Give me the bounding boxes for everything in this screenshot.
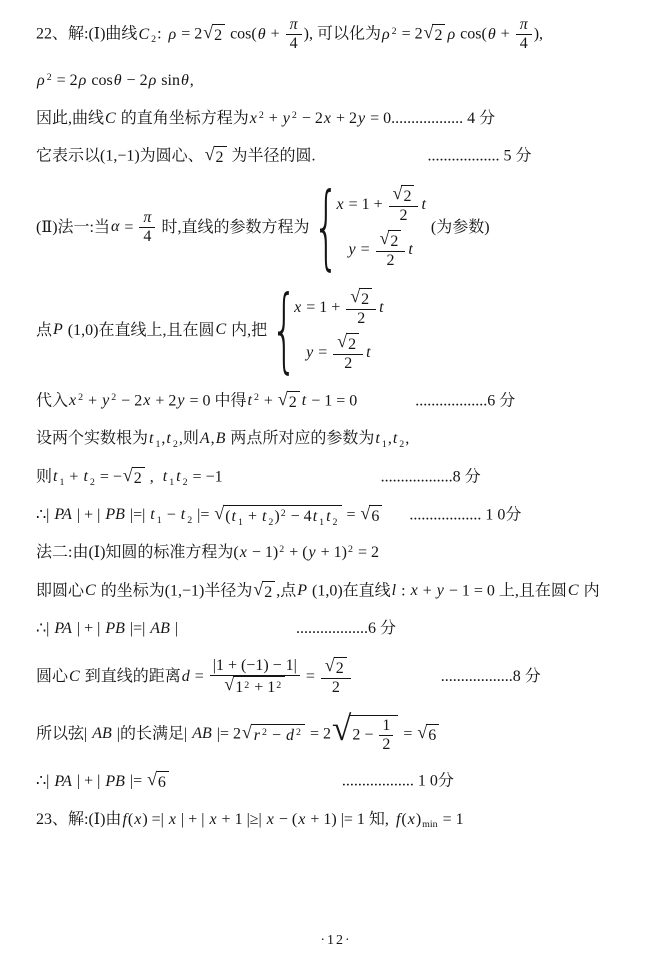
superscript: 2 xyxy=(347,544,354,555)
text: ) =| xyxy=(142,811,168,828)
fraction: π4 xyxy=(139,209,155,247)
math-variable: x xyxy=(407,811,416,828)
text: − ( xyxy=(275,811,297,828)
square-root: √12 + 12 xyxy=(224,676,285,697)
text: − xyxy=(268,727,285,744)
radicand: 2 xyxy=(287,391,300,412)
denominator: 4 xyxy=(287,35,301,53)
numerator: √2 xyxy=(389,185,419,207)
subscript: 1 xyxy=(381,439,388,450)
text: + 1 |≥| xyxy=(218,811,266,828)
text: 6 xyxy=(371,508,379,525)
fraction: 12 xyxy=(379,717,393,755)
text: 23、解:(Ⅰ)由 xyxy=(36,811,121,828)
text: = xyxy=(314,344,331,361)
spacer xyxy=(316,160,428,161)
solution-content: 22、解:(Ⅰ)曲线C2:ρ = 2√2 cos(θ + π4),可以化为ρ2 … xyxy=(36,16,654,847)
spacer xyxy=(170,785,342,786)
text: |=| xyxy=(126,506,149,523)
radicand: 2 xyxy=(214,146,227,167)
math-variable: x xyxy=(68,392,77,409)
text: 2 xyxy=(264,584,272,601)
subscript: 1 xyxy=(318,517,325,528)
text: = xyxy=(399,725,416,742)
math-variable: t xyxy=(365,344,371,361)
text: (Ⅱ)法一:当 xyxy=(36,218,110,235)
numerator: π xyxy=(516,16,532,35)
text: + xyxy=(267,26,284,43)
text: 2 − xyxy=(352,726,377,743)
math-variable: ρ xyxy=(148,72,158,89)
text: cos xyxy=(87,72,112,89)
text: |= xyxy=(193,506,213,523)
cases-group: {x = 1 + √22ty = √22t xyxy=(271,288,384,374)
text: , xyxy=(146,468,154,485)
text: = 0 中得 xyxy=(185,392,246,409)
text: (1,0)在直线上,且在圆 xyxy=(64,321,215,338)
numerator: |1 + (−1) − 1| xyxy=(210,657,300,676)
text: = 2 xyxy=(177,26,202,43)
radical-icon: √ xyxy=(332,715,351,744)
math-variable: C xyxy=(214,321,227,338)
subscript: 2 xyxy=(186,515,193,526)
line-pa-pb-method2-result: ∴| PA | + | PB |= √6.................. 1… xyxy=(36,771,654,792)
text: .................. 1 0分 xyxy=(409,506,521,523)
text: ∴| xyxy=(36,506,53,523)
subscript: 2 xyxy=(267,517,274,528)
text: ,点 xyxy=(276,582,296,599)
text: cos( xyxy=(226,26,257,43)
line-center-radius-line: 即圆心C 的坐标为(1,−1)半径为√2,点P (1,0)在直线l : x + … xyxy=(36,581,654,602)
subscript: 1 xyxy=(154,439,161,450)
math-variable: t xyxy=(407,241,413,258)
square-root: √2 xyxy=(205,146,227,167)
radicand: 2 xyxy=(432,24,445,45)
text: |= 2 xyxy=(213,725,241,742)
text: 则 xyxy=(36,468,52,485)
math-variable: π xyxy=(289,16,299,33)
math-variable: C xyxy=(567,582,580,599)
line-point-p-substitution: 点P (1,0)在直线上,且在圆C 内,把{x = 1 + √22ty = √2… xyxy=(36,288,654,374)
text: 2 xyxy=(134,470,142,487)
radicand: 6 xyxy=(156,771,169,792)
radicand: 2 xyxy=(334,657,347,678)
text: .................. 4 分 xyxy=(391,110,495,127)
square-root: √2 − 12 xyxy=(332,715,398,755)
square-root: √2 xyxy=(253,581,275,602)
text: + xyxy=(84,392,101,409)
math-variable: x xyxy=(142,392,151,409)
text: 2 xyxy=(214,27,222,44)
math-variable: θ xyxy=(257,26,267,43)
square-root: √2 xyxy=(278,391,300,412)
cases-group: {x = 1 + √22ty = √22t xyxy=(313,185,426,271)
square-root: √2 xyxy=(325,657,347,678)
text: 2 xyxy=(357,310,365,327)
math-variable: C xyxy=(137,26,150,43)
text: 4 xyxy=(143,228,151,245)
text: 内,把 xyxy=(227,321,267,338)
fraction: π4 xyxy=(516,16,532,54)
text: (为参数) xyxy=(431,218,490,235)
spacer xyxy=(353,680,441,681)
text: 2 xyxy=(289,394,297,411)
math-variable: t xyxy=(325,508,331,525)
cases-rows: x = 1 + √22ty = √22t xyxy=(293,288,384,374)
text: ∴| xyxy=(36,773,53,790)
line-circle-description: 它表示以(1,−1)为圆心、√2 为半径的圆..................… xyxy=(36,146,654,167)
math-variable: d xyxy=(285,727,295,744)
text: ) xyxy=(274,508,279,525)
text: = 0 xyxy=(366,110,391,127)
math-variable: y xyxy=(308,544,317,561)
line-method1-parametric: (Ⅱ)法一:当α = π4 时,直线的参数方程为{x = 1 + √22ty =… xyxy=(36,185,654,271)
text: 2 xyxy=(400,207,408,224)
math-variable: ρ xyxy=(446,26,456,43)
text: + xyxy=(260,392,277,409)
math-variable: θ xyxy=(180,72,190,89)
math-variable: PB xyxy=(104,620,126,637)
text: = 1 xyxy=(439,811,464,828)
radicand: 2 xyxy=(212,24,225,45)
text: = − xyxy=(96,468,122,485)
subscript: 2 xyxy=(89,477,96,488)
text: 22、解:(Ⅰ)曲线 xyxy=(36,26,137,43)
math-variable: x xyxy=(208,811,217,828)
text: = 2 xyxy=(53,72,78,89)
text: 的直角坐标方程为 xyxy=(117,110,249,127)
subscript: 1 xyxy=(168,477,175,488)
text: 2 xyxy=(332,679,340,696)
math-variable: y xyxy=(305,344,314,361)
math-variable: B xyxy=(215,430,227,447)
text: ..................8 分 xyxy=(381,468,481,485)
spacer xyxy=(178,632,296,633)
text: | + | xyxy=(177,811,208,828)
radicand: 2 − 12 xyxy=(350,715,398,755)
square-root: √6 xyxy=(361,505,383,526)
math-variable: α xyxy=(110,218,120,235)
math-variable: d xyxy=(181,668,191,685)
superscript: 2 xyxy=(278,544,285,555)
radicand: 2 xyxy=(401,185,414,206)
math-variable: θ xyxy=(113,72,123,89)
text: + 1 xyxy=(250,679,275,696)
denominator: 2 xyxy=(384,252,398,270)
text: = −1 xyxy=(189,468,223,485)
fraction: √22 xyxy=(333,333,363,374)
text: ,则 xyxy=(179,430,199,447)
text: = xyxy=(357,241,374,258)
text: 2 xyxy=(361,291,369,308)
page-number: ·12· xyxy=(0,933,672,949)
case-row: x = 1 + √22t xyxy=(335,185,426,226)
text: ( xyxy=(225,508,230,525)
fraction: √22 xyxy=(346,288,376,329)
square-root: √(t1 + t2)2 − 4t1t2 xyxy=(214,505,341,526)
text: 两点所对应的参数为 xyxy=(226,430,374,447)
denominator: 2 xyxy=(354,310,368,328)
spacer xyxy=(357,404,415,405)
math-variable: t xyxy=(149,506,155,523)
spacer xyxy=(383,518,409,519)
math-variable: AB xyxy=(191,725,213,742)
superscript: 2 xyxy=(110,392,117,403)
text: |=| xyxy=(126,620,149,637)
superscript: 2 xyxy=(258,110,265,121)
math-variable: PA xyxy=(53,620,72,637)
math-variable: P xyxy=(296,582,308,599)
math-variable: ρ xyxy=(168,26,178,43)
subscript: 1 xyxy=(156,515,163,526)
left-brace-icon: { xyxy=(271,288,282,373)
line-pa-pb-equals-ab: ∴| PA | + | PB |=| AB |.................… xyxy=(36,619,654,640)
numerator: √2 xyxy=(346,288,376,310)
line-vieta-formulas: 则t1 + t2 = −√2 ,t1t2 = −1...............… xyxy=(36,467,654,488)
text: − 2 xyxy=(123,72,148,89)
text: 时,直线的参数方程为 xyxy=(157,218,309,235)
text: + ( xyxy=(285,544,307,561)
math-variable: t xyxy=(246,392,252,409)
superscript: 2 xyxy=(261,727,268,738)
text: 的坐标为(1,−1)半径为 xyxy=(97,582,253,599)
math-variable: x xyxy=(133,811,142,828)
square-root: √2 xyxy=(380,230,402,251)
text: 内 xyxy=(580,582,600,599)
left-brace-icon: { xyxy=(313,185,324,270)
superscript: 2 xyxy=(46,72,53,83)
math-variable: t xyxy=(374,430,380,447)
text: | + | xyxy=(73,773,104,790)
math-variable: ρ xyxy=(78,72,88,89)
text: 2 xyxy=(434,27,442,44)
square-root: √2 xyxy=(123,467,145,488)
math-variable: t xyxy=(378,299,384,316)
text: 1 xyxy=(382,717,390,734)
text: = 1 + xyxy=(345,196,387,213)
text: : xyxy=(157,26,161,43)
text: = 2 xyxy=(354,544,379,561)
subscript: 1 xyxy=(58,477,65,488)
math-variable: x xyxy=(249,110,258,127)
line-chord-length: 所以弦| AB |的长满足| AB |= 2√r2 − d2 = 2√2 − 1… xyxy=(36,715,654,755)
radicand: 2 xyxy=(346,333,359,354)
text: cos( xyxy=(456,26,487,43)
subscript: min xyxy=(421,819,438,830)
line-pa-pb-method1-result: ∴| PA | + | PB |=| t1 − t2 |= √(t1 + t2)… xyxy=(36,505,654,526)
text: 2 xyxy=(403,188,411,205)
math-variable: AB xyxy=(91,725,113,742)
spacer xyxy=(154,480,162,481)
line-23-part1: 23、解:(Ⅰ)由f(x) =| x | + | x + 1 |≥| x − (… xyxy=(36,810,654,831)
numerator: π xyxy=(139,209,155,228)
text: = 2 xyxy=(306,725,331,742)
denominator: 4 xyxy=(140,228,154,246)
text: 设两个实数根为 xyxy=(36,430,148,447)
square-root: √2 xyxy=(424,24,446,45)
radicand: 6 xyxy=(426,724,439,745)
math-variable: x xyxy=(239,544,248,561)
text: + xyxy=(244,508,261,525)
math-variable: y xyxy=(436,582,445,599)
text: 2 xyxy=(390,233,398,250)
text: + xyxy=(265,110,282,127)
math-variable: A xyxy=(199,430,211,447)
numerator: √2 xyxy=(376,230,406,252)
text: ..................6 分 xyxy=(296,620,396,637)
text: + xyxy=(65,468,82,485)
text: .................. 1 0分 xyxy=(342,773,454,790)
text: sin xyxy=(157,72,180,89)
math-variable: t xyxy=(420,196,426,213)
denominator: 2 xyxy=(397,207,411,225)
superscript: 2 xyxy=(280,508,287,519)
text: | + | xyxy=(73,506,104,523)
line-method2-standard-form: 法二:由(Ⅰ)知圆的标准方程为(x − 1)2 + (y + 1)2 = 2 xyxy=(36,543,654,564)
text: − 4 xyxy=(287,508,312,525)
text: = xyxy=(343,506,360,523)
fraction: √22 xyxy=(321,657,351,698)
text: ∴| xyxy=(36,620,53,637)
text: + 1) |= 1 知, xyxy=(306,811,389,828)
math-variable: P xyxy=(52,321,64,338)
superscript: 2 xyxy=(77,392,84,403)
text: 点 xyxy=(36,321,52,338)
text: 4 xyxy=(290,35,298,52)
superscript: 2 xyxy=(243,680,250,691)
superscript: 2 xyxy=(253,392,260,403)
denominator: 4 xyxy=(517,35,531,53)
text: (1,0)在直线 xyxy=(308,582,391,599)
square-root: √2 xyxy=(350,288,372,309)
square-root: √6 xyxy=(147,771,169,792)
fraction: |1 + (−1) − 1|√12 + 12 xyxy=(210,657,300,698)
denominator: 2 xyxy=(329,679,343,697)
math-variable: C xyxy=(104,110,117,127)
math-variable: t xyxy=(175,468,181,485)
text: , xyxy=(190,72,194,89)
numerator: √2 xyxy=(333,333,363,355)
text: − 1 = 0 xyxy=(307,392,357,409)
math-variable: PA xyxy=(53,506,72,523)
text: | xyxy=(171,620,178,637)
line-distance-to-line: 圆心C 到直线的距离d = |1 + (−1) − 1|√12 + 12 = √… xyxy=(36,657,654,698)
text: + 2 xyxy=(151,392,176,409)
radicand: 6 xyxy=(369,505,382,526)
square-root: √2 xyxy=(203,24,225,45)
radicand: 2 xyxy=(262,581,275,602)
subscript: 2 xyxy=(172,439,179,450)
text: 2 xyxy=(348,336,356,353)
text: 因此,曲线 xyxy=(36,110,104,127)
text: .................. 5 分 xyxy=(428,148,532,165)
text: = xyxy=(191,668,208,685)
text: 到直线的距离 xyxy=(81,668,181,685)
text: |的长满足| xyxy=(113,725,191,742)
text: − 1) xyxy=(248,544,278,561)
text: ..................8 分 xyxy=(441,668,541,685)
math-variable: ρ xyxy=(36,72,46,89)
superscript: 2 xyxy=(295,727,302,738)
text: ..................6 分 xyxy=(415,392,515,409)
radicand: 2 xyxy=(132,467,145,488)
text: = xyxy=(120,218,137,235)
numerator: √2 xyxy=(321,657,351,679)
math-variable: PB xyxy=(104,506,126,523)
math-variable: y xyxy=(347,241,356,258)
subscript: 2 xyxy=(150,34,157,45)
math-variable: x xyxy=(168,811,177,828)
math-variable: y xyxy=(101,392,110,409)
line-roots-definition: 设两个实数根为t1,t2,则A,B 两点所对应的参数为t1,t2, xyxy=(36,429,654,450)
fraction: √22 xyxy=(389,185,419,226)
radicand: (t1 + t2)2 − 4t1t2 xyxy=(223,505,341,526)
text: 4 xyxy=(520,35,528,52)
text: 6 xyxy=(428,727,436,744)
text: = 1 + xyxy=(302,299,344,316)
text: | + | xyxy=(73,620,104,637)
text: − 1 = 0 上,且在圆 xyxy=(445,582,567,599)
denominator: 2 xyxy=(341,355,355,373)
text: − 2 xyxy=(117,392,142,409)
denominator: √12 + 12 xyxy=(220,676,289,697)
subscript: 1 xyxy=(237,517,244,528)
math-variable: x xyxy=(266,811,275,828)
document-page: 22、解:(Ⅰ)曲线C2:ρ = 2√2 cos(θ + π4),可以化为ρ2 … xyxy=(0,0,672,957)
text: ), xyxy=(534,26,543,43)
spacer xyxy=(162,38,168,39)
text: + xyxy=(497,26,514,43)
text: |= xyxy=(126,773,146,790)
subscript: 2 xyxy=(332,517,339,528)
text: = 2 xyxy=(398,26,423,43)
fraction: √22 xyxy=(376,230,406,271)
text: ), xyxy=(304,26,313,43)
text: 法二:由(Ⅰ)知圆的标准方程为( xyxy=(36,544,239,561)
math-variable: π xyxy=(519,16,529,33)
math-variable: π xyxy=(142,209,152,226)
subscript: 2 xyxy=(182,477,189,488)
math-variable: x xyxy=(410,582,419,599)
line-22-part1-polar: 22、解:(Ⅰ)曲线C2:ρ = 2√2 cos(θ + π4),可以化为ρ2 … xyxy=(36,16,654,54)
math-variable: θ xyxy=(487,26,497,43)
square-root: √r2 − d2 xyxy=(242,724,305,745)
text: 圆心 xyxy=(36,668,68,685)
text: , xyxy=(405,430,409,447)
radicand: 12 + 12 xyxy=(233,676,285,697)
numerator: 1 xyxy=(379,717,393,736)
text: 6 xyxy=(158,774,166,791)
fraction: π4 xyxy=(286,16,302,54)
denominator: 2 xyxy=(379,736,393,754)
math-variable: r xyxy=(253,727,261,744)
math-variable: y xyxy=(282,110,291,127)
line-quadratic-in-t: 代入x2 + y2 − 2x + 2y = 0 中得t2 + √2t − 1 =… xyxy=(36,391,654,412)
text: 代入 xyxy=(36,392,68,409)
math-variable: x xyxy=(297,811,306,828)
math-variable: x xyxy=(323,110,332,127)
text: − 2 xyxy=(298,110,323,127)
text: + 2 xyxy=(332,110,357,127)
text: 即圆心 xyxy=(36,582,84,599)
text: 为半径的圆. xyxy=(228,148,316,165)
text: |1 + (−1) − 1| xyxy=(213,657,297,674)
numerator: π xyxy=(286,16,302,35)
text: + xyxy=(419,582,436,599)
text: 2 xyxy=(336,660,344,677)
text: 可以化为 xyxy=(317,26,381,43)
superscript: 2 xyxy=(391,26,398,37)
